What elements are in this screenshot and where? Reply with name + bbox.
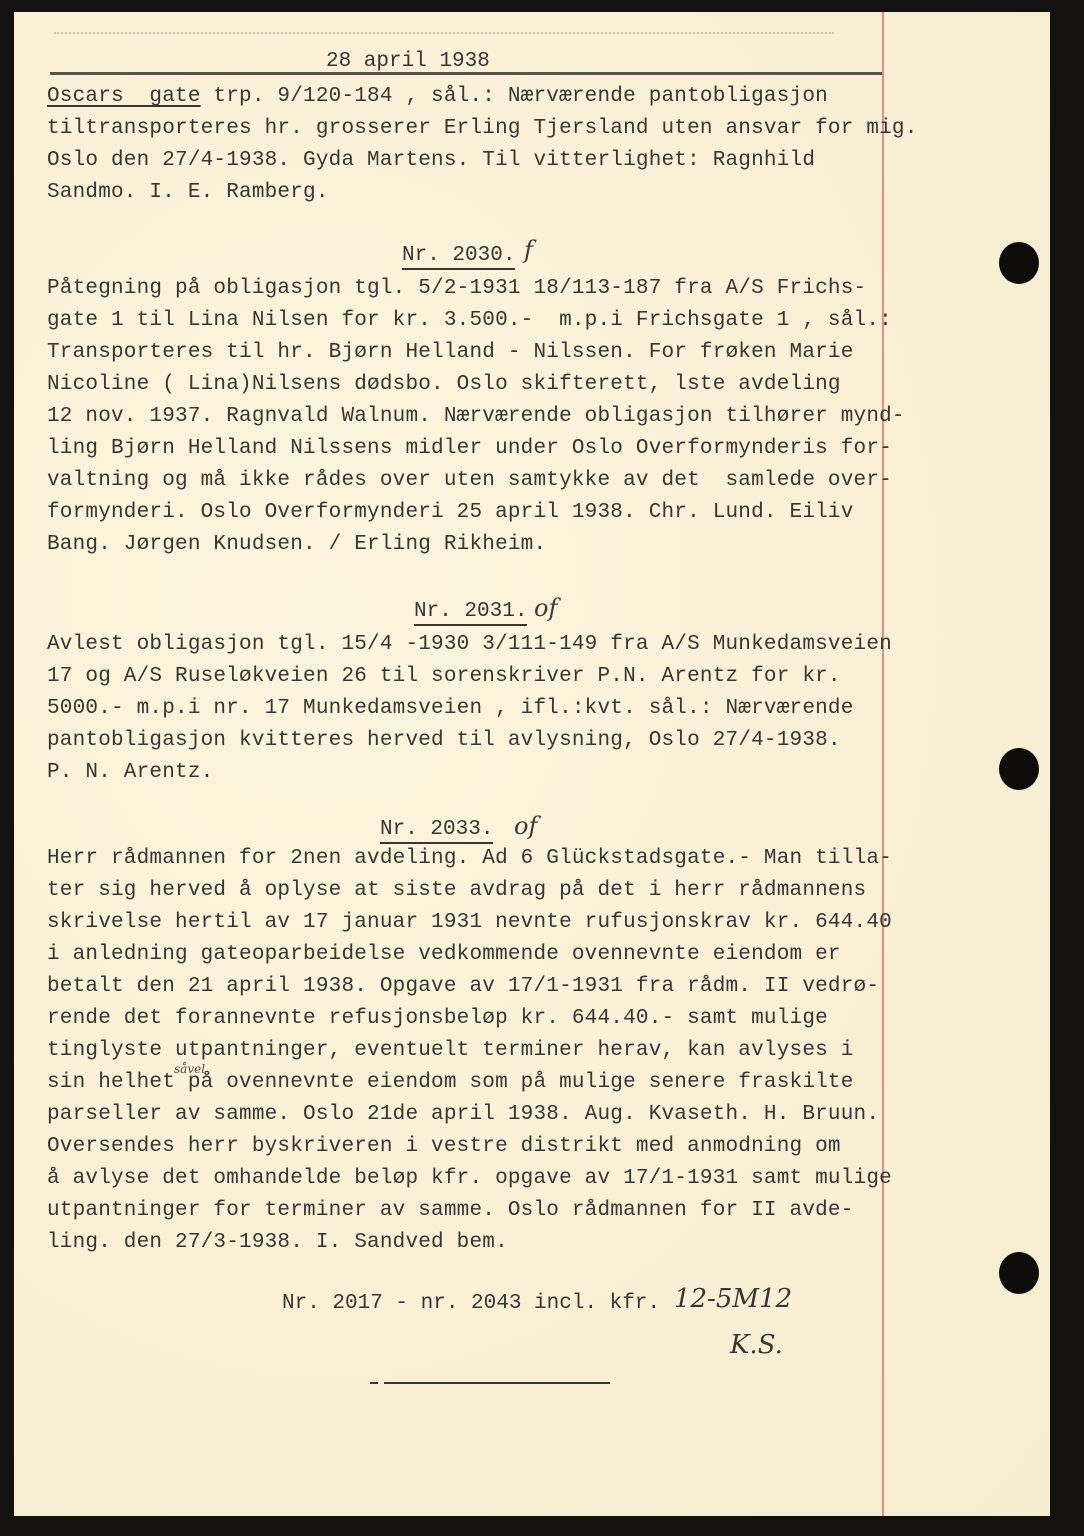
footer-range: Nr. 2017 - nr. 2043 incl. kfr. — [282, 1292, 660, 1315]
text-line: parseller av samme. Oslo 21de april 1938… — [47, 1102, 879, 1128]
document-page: 28 april 1938 Oscars gate trp. 9/120-184… — [14, 12, 1050, 1516]
text-line: valtning og må ikke rådes over uten samt… — [47, 468, 892, 494]
text-line: formynderi. Oslo Overformynderi 25 april… — [47, 500, 854, 526]
text-line: gate 1 til Lina Nilsen for kr. 3.500.- m… — [47, 308, 892, 334]
text-line: Transporteres til hr. Bjørn Helland - Ni… — [47, 340, 854, 366]
text-line: skrivelse hertil av 17 januar 1931 nevnt… — [47, 910, 892, 936]
text-line: utpantninger for terminer av samme. Oslo… — [47, 1198, 854, 1224]
text-line: Nicoline ( Lina)Nilsens dødsbo. Oslo ski… — [47, 372, 841, 398]
signature: 12-5M12 — [674, 1284, 792, 1314]
text-line: Sandmo. I. E. Ramberg. — [47, 180, 329, 206]
text-line: 17 og A/S Ruseløkveien 26 til sorenskriv… — [47, 664, 841, 690]
text-line-rest: trp. 9/120-184 , sål.: Nærværende pantob… — [201, 85, 828, 108]
street-name: Oscars gate — [47, 85, 201, 108]
checkmark-icon: f — [524, 236, 533, 264]
text-line: betalt den 21 april 1938. Opgave av 17/1… — [47, 974, 879, 1000]
end-rule — [384, 1382, 610, 1384]
text-line: Oscars gate trp. 9/120-184 , sål.: Nærvæ… — [47, 84, 828, 110]
text-line: Oslo den 27/4-1938. Gyda Martens. Til vi… — [47, 148, 815, 174]
punch-hole-icon — [999, 242, 1039, 284]
punch-hole-icon — [999, 748, 1039, 790]
text-line: pantobligasjon kvitteres herved til avly… — [47, 728, 841, 754]
text-line: ling Bjørn Helland Nilssens midler under… — [47, 436, 892, 462]
entry-number-2030: Nr. 2030. — [402, 244, 515, 270]
text-line: 12 nov. 1937. Ragnvald Walnum. Nærværend… — [47, 404, 905, 430]
text-line: Oversendes herr byskriveren i vestre dis… — [47, 1134, 841, 1160]
text-line: i anledning gateoparbeidelse vedkommende… — [47, 942, 841, 968]
header-rule — [50, 72, 884, 75]
text-line: ling. den 27/3-1938. I. Sandved bem. — [47, 1230, 508, 1256]
text-line: Herr rådmannen for 2nen avdeling. Ad 6 G… — [47, 846, 892, 872]
text-line: 5000.- m.p.i nr. 17 Munkedamsveien , ifl… — [47, 696, 854, 722]
text-line: Bang. Jørgen Knudsen. / Erling Rikheim. — [47, 532, 546, 558]
text-line: Avlest obligasjon tgl. 15/4 -1930 3/111-… — [47, 632, 892, 658]
text-line: P. N. Arentz. — [47, 760, 213, 786]
faint-bleedthrough — [54, 32, 834, 42]
text-line: ter sig herved å oplyse at siste avdrag … — [47, 878, 866, 904]
page-date-header: 28 april 1938 — [326, 50, 490, 73]
text-line: sin helhet på ovennevnte eiendom som på … — [47, 1070, 854, 1096]
end-rule — [370, 1382, 378, 1384]
margin-line — [882, 12, 884, 1516]
checkmark-icon: of — [514, 812, 537, 840]
entry-number-2031: Nr. 2031. — [414, 600, 527, 626]
text-line: tiltransporteres hr. grosserer Erling Tj… — [47, 116, 918, 142]
punch-hole-icon — [999, 1252, 1039, 1294]
checkmark-icon: of — [534, 594, 557, 622]
signature-initials: K.S. — [730, 1330, 783, 1360]
entry-number-2033: Nr. 2033. — [380, 818, 493, 844]
text-line: Påtegning på obligasjon tgl. 5/2-1931 18… — [47, 276, 866, 302]
text-line: rende det forannevnte refusjonsbeløp kr.… — [47, 1006, 828, 1032]
text-line: å avlyse det omhandelde beløp kfr. opgav… — [47, 1166, 892, 1192]
text-line: tinglyste utpantninger, eventuelt termin… — [47, 1038, 854, 1064]
